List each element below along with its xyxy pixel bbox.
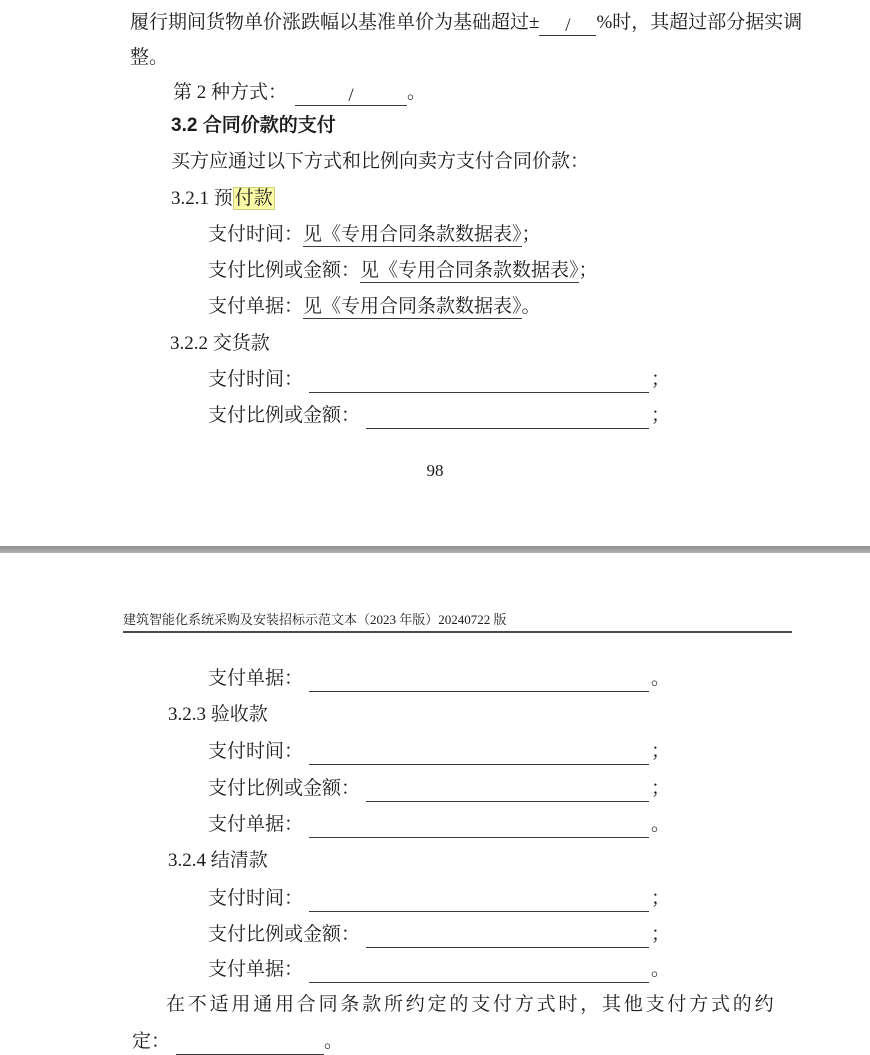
blank-field-closing [176, 1032, 324, 1055]
payment-row-label: 支付比例或金额： [208, 776, 360, 802]
payment-row: 支付时间：； [208, 886, 670, 912]
clause-price-adjust-line1: 履行期间货物单价涨跌幅以基准单价为基础超过±/%时，其超过部分据实调 [130, 10, 802, 36]
payment-row: 支付比例或金额：； [208, 403, 670, 429]
method-2-label: 第 2 种方式： [173, 82, 287, 103]
heading-3-2-text: 3.2 合同价款的支付 [171, 115, 336, 136]
blank-slash-glyph: / [348, 85, 353, 106]
heading-3-2: 3.2 合同价款的支付 [171, 113, 336, 139]
payment-row-punct: 。 [522, 296, 541, 317]
payment-row: 支付比例或金额：见《专用合同条款数据表》； [208, 258, 598, 284]
payment-row-punct: ； [651, 403, 670, 429]
document-viewport: 履行期间货物单价涨跌幅以基准单价为基础超过±/%时，其超过部分据实调 整。 第 … [0, 0, 870, 1055]
payment-row-punct: 。 [651, 812, 670, 838]
blank-field-method2: / [295, 83, 407, 106]
blank-field [309, 813, 649, 838]
item-3-2-4: 3.2.4 结清款 [168, 848, 268, 874]
clause-text-post: %时，其超过部分据实调 [596, 12, 802, 33]
method-2-period: 。 [407, 82, 426, 103]
payment-row-punct: ； [651, 886, 670, 912]
payment-row: 支付时间：见《专用合同条款数据表》； [208, 222, 541, 248]
header-rule [123, 631, 792, 633]
blank-field [366, 923, 649, 948]
blank-field [366, 777, 649, 802]
payment-row-punct: ； [579, 260, 598, 281]
blank-slash-glyph: / [565, 15, 570, 36]
payment-row: 支付单据：。 [208, 666, 670, 692]
running-header: 建筑智能化系统采购及安装招标示范文本（2023 年版）20240722 版 [123, 609, 507, 628]
payment-row-label: 支付比例或金额： [208, 403, 360, 429]
payment-row-punct: ； [651, 922, 670, 948]
search-highlight: 付款 [233, 187, 275, 210]
blank-field [366, 404, 649, 429]
page-divider [0, 546, 870, 553]
payment-row-value: 见《专用合同条款数据表》 [303, 224, 522, 247]
item-3-2-1-prefix: 3.2.1 预 [171, 188, 233, 209]
closing-paragraph-line1: 在不适用通用合同条款所约定的支付方式时，其他支付方式的约 [166, 992, 776, 1018]
blank-field [309, 368, 649, 393]
method-2-line: 第 2 种方式：/。 [173, 80, 426, 106]
payment-row: 支付比例或金额：； [208, 776, 670, 802]
payment-row-label: 支付时间： [208, 224, 303, 245]
payment-row-punct: ； [651, 367, 670, 393]
closing-period: 。 [324, 1031, 343, 1052]
clause-text-pre: 履行期间货物单价涨跌幅以基准单价为基础超过± [130, 12, 539, 33]
payment-row: 支付比例或金额：； [208, 922, 670, 948]
intro-text: 买方应通过以下方式和比例向卖方支付合同价款： [171, 151, 589, 172]
payment-row-punct: 。 [651, 666, 670, 692]
payment-row-punct: ； [651, 776, 670, 802]
payment-row: 支付时间：； [208, 367, 670, 393]
item-3-2-3-text: 3.2.3 验收款 [168, 704, 268, 725]
payment-row-label: 支付比例或金额： [208, 922, 360, 948]
clause-text-wrap: 整。 [130, 47, 168, 68]
payment-row-value: 见《专用合同条款数据表》 [360, 260, 579, 283]
payment-row: 支付单据：见《专用合同条款数据表》。 [208, 294, 541, 320]
blank-field [309, 887, 649, 912]
closing-text: 在不适用通用合同条款所约定的支付方式时，其他支付方式的约 [166, 994, 776, 1015]
payment-row-label: 支付时间： [208, 886, 303, 912]
payment-row-label: 支付单据： [208, 296, 303, 317]
payment-row: 支付单据：。 [208, 957, 670, 983]
intro-line: 买方应通过以下方式和比例向卖方支付合同价款： [171, 149, 589, 175]
item-3-2-3: 3.2.3 验收款 [168, 702, 268, 728]
payment-row: 支付时间：； [208, 739, 670, 765]
blank-field [309, 740, 649, 765]
payment-row-label: 支付比例或金额： [208, 260, 360, 281]
item-3-2-1: 3.2.1 预付款 [171, 186, 275, 212]
blank-field [309, 667, 649, 692]
closing-paragraph-line2: 定：。 [132, 1029, 343, 1055]
closing-label: 定： [132, 1031, 170, 1052]
payment-row-value: 见《专用合同条款数据表》 [303, 296, 522, 319]
payment-row-label: 支付单据： [208, 812, 303, 838]
item-3-2-2: 3.2.2 交货款 [170, 331, 270, 357]
payment-row-punct: ； [651, 739, 670, 765]
payment-row-label: 支付单据： [208, 957, 303, 983]
payment-row: 支付单据：。 [208, 812, 670, 838]
payment-row-punct: 。 [651, 957, 670, 983]
blank-field [309, 958, 649, 983]
item-3-2-4-text: 3.2.4 结清款 [168, 850, 268, 871]
payment-row-punct: ； [522, 224, 541, 245]
clause-price-adjust-line2: 整。 [130, 45, 168, 71]
payment-row-label: 支付单据： [208, 666, 303, 692]
payment-row-label: 支付时间： [208, 367, 303, 393]
item-3-2-2-text: 3.2.2 交货款 [170, 333, 270, 354]
payment-row-label: 支付时间： [208, 739, 303, 765]
page-number: 98 [0, 461, 870, 481]
blank-field-percentage: / [539, 13, 596, 36]
